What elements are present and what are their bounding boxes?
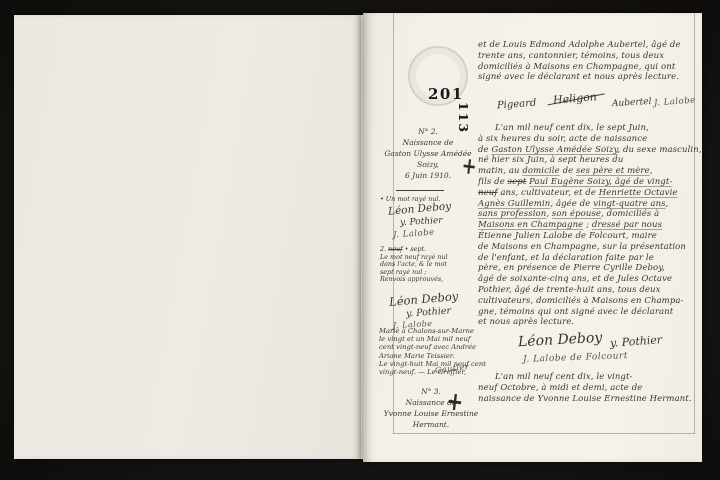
manuscript-line: Pothier, âgé de trente-huit ans, tous de…: [478, 285, 702, 296]
margin-rule: [396, 190, 444, 191]
signature-pothier: y. Pothier: [406, 305, 452, 319]
signature-deboy: Léon Deboy: [518, 330, 603, 350]
manuscript-line: né hier six Juin, à sept heures du: [478, 155, 702, 166]
manuscript-line: Maisons en Champagne ; dressé par nous: [478, 220, 702, 231]
manuscript-line: à six heures du soir, acte de naissance: [478, 134, 702, 145]
manuscript-line: domiciliés à Maisons en Champagne, qui o…: [478, 62, 702, 73]
page-number: 201: [428, 85, 464, 103]
margin-note-line: Marié à Chalons-sur-Marne: [379, 327, 497, 335]
signature-aubertel: Aubertel: [612, 97, 652, 109]
right-page: 201 113 N° 2.Naissance deGaston Ulysse A…: [363, 13, 702, 462]
margin-note-line: Ariane Marie Teissier.: [379, 352, 497, 360]
margin-act3-header: N° 3.Naissance deYvonne Louise Ernestine…: [381, 386, 481, 430]
manuscript-line: L'an mil neuf cent dix, le vingt-: [478, 372, 702, 383]
signature-pigeard: Pigeard: [497, 98, 537, 112]
scan-background: { "colors":{"background":"#141210","pape…: [0, 0, 720, 480]
margin-note-line: cent vingt-neuf avec Andrée: [379, 343, 497, 351]
margin-line: Yvonne Louise Ernestine: [381, 408, 481, 419]
manuscript-line: de Gaston Ulysse Amédée Soizy, du sexe m…: [478, 145, 702, 156]
manuscript-line: neuf Octobre, à midi et demi, acte de: [478, 383, 702, 394]
margin-line: Hermant.: [381, 419, 481, 430]
act3-birth-record: L'an mil neuf cent dix, le vingt-neuf Oc…: [478, 372, 702, 404]
manuscript-line: de l'enfant, et la déclaration faite par…: [478, 253, 702, 264]
manuscript-line: Agnès Guillemin, âgée de vingt-quatre an…: [478, 199, 702, 210]
signature-pothier: y. Pothier: [610, 333, 663, 350]
signature-lalobe: J. Lalobe de Folcourt: [523, 351, 628, 365]
act1-continuation: et de Louis Edmond Adolphe Aubertel, âgé…: [478, 40, 702, 83]
manuscript-line: L'an mil neuf cent dix, le sept Juin,: [478, 123, 702, 134]
margin-mention-line: Renvois approuvés,: [380, 276, 484, 284]
manuscript-line: et de Louis Edmond Adolphe Aubertel, âgé…: [478, 40, 702, 51]
manuscript-line: père, en présence de Pierre Cyrille Debo…: [478, 263, 702, 274]
manuscript-line: signé avec le déclarant et nous après le…: [478, 72, 702, 83]
frame-line-bottom: [393, 433, 695, 434]
margin-mention-2: 2. neuf • sept.Le mot neuf rayé nuldans …: [380, 246, 484, 284]
manuscript-line: Étienne Julien Lalobe de Folcourt, maire: [478, 231, 702, 242]
margin-line: N° 3.: [381, 386, 481, 397]
signature-lalobe: J. Lalobe: [654, 96, 696, 109]
signature-lalobe: J. Lalobe: [393, 228, 435, 241]
manuscript-line: de Maisons en Champagne, sur la présenta…: [478, 242, 702, 253]
signature-heligon: Heligon: [553, 90, 598, 107]
manuscript-line: cultivateurs, domiciliés à Maisons en Ch…: [478, 296, 702, 307]
manuscript-line: gne, témoins qui ont signé avec le décla…: [478, 307, 702, 318]
manuscript-line: naissance de Yvonne Louise Ernestine Her…: [478, 394, 702, 405]
manuscript-line: sans profession, son épouse, domiciliés …: [478, 209, 702, 220]
manuscript-line: fils de sept Paul Eugène Soizy, âgé de v…: [478, 177, 702, 188]
margin-note-line: le vingt et un Mai mil neuf: [379, 335, 497, 343]
margin-line: Naissance de: [378, 137, 478, 148]
left-page-blank: [14, 15, 363, 459]
manuscript-line: trente ans, cantonnier, témoins, tous de…: [478, 51, 702, 62]
manuscript-line: matin, au domicile de ses père et mère,: [478, 166, 702, 177]
manuscript-line: et nous après lecture.: [478, 317, 702, 328]
signature-pothier: y. Pothier: [400, 216, 443, 228]
margin-line: Naissance de: [381, 397, 481, 408]
margin-line: N° 2.: [378, 126, 478, 137]
manuscript-line: âgé de soixante-cinq ans, et de Jules Oc…: [478, 274, 702, 285]
act2-birth-record: L'an mil neuf cent dix, le sept Juin,à s…: [478, 123, 702, 328]
manuscript-line: neuf ans, cultivateur, et de Henriette O…: [478, 188, 702, 199]
